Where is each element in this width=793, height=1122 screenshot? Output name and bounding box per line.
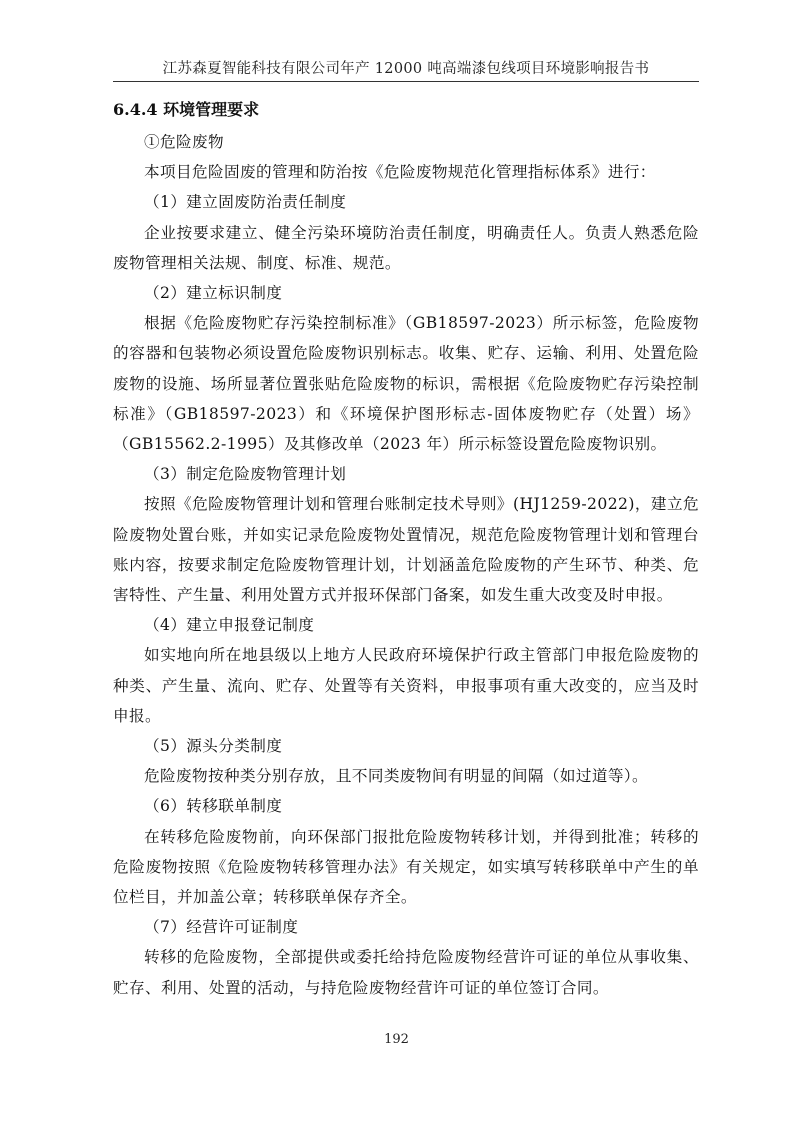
paragraph-source-classification: 危险废物按种类分别存放，且不同类废物间有明显的间隔（如过道等）。: [113, 761, 699, 791]
subheading-transfer-manifest: （6）转移联单制度: [113, 791, 699, 821]
header-divider: [113, 81, 699, 82]
paragraph-labeling-system: 根据《危险废物贮存污染控制标准》（GB18597-2023）所示标签，危险废物的…: [113, 308, 699, 459]
subheading-responsibility-system: （1）建立固废防治责任制度: [113, 187, 699, 217]
paragraph-business-license: 转移的危险废物，全部提供或委托给持危险废物经营许可证的单位从事收集、贮存、利用、…: [113, 942, 699, 1002]
subheading-business-license: （7）经营许可证制度: [113, 912, 699, 942]
subheading-declaration-registration: （4）建立申报登记制度: [113, 610, 699, 640]
subheading-labeling-system: （2）建立标识制度: [113, 278, 699, 308]
running-header: 江苏森夏智能科技有限公司年产 12000 吨高端漆包线项目环境影响报告书: [113, 60, 699, 78]
page-number: 192: [0, 1032, 793, 1047]
subheading-source-classification: （5）源头分类制度: [113, 731, 699, 761]
section-heading: 6.4.4 环境管理要求: [113, 95, 699, 125]
subheading-hazardous-waste: ①危险废物: [113, 127, 699, 157]
paragraph-responsibility-system: 企业按要求建立、健全污染环境防治责任制度，明确责任人。负责人熟悉危险废物管理相关…: [113, 218, 699, 278]
page-content: 6.4.4 环境管理要求 ①危险废物 本项目危险固废的管理和防治按《危险废物规范…: [113, 95, 699, 1003]
paragraph-management-plan: 按照《危险废物管理计划和管理台账制定技术导则》(HJ1259-2022)，建立危…: [113, 489, 699, 610]
paragraph-transfer-manifest: 在转移危险废物前，向环保部门报批危险废物转移计划，并得到批准；转移的危险废物按照…: [113, 822, 699, 913]
paragraph-declaration-registration: 如实地向所在地县级以上地方人民政府环境保护行政主管部门申报危险废物的种类、产生量…: [113, 640, 699, 731]
subheading-management-plan: （3）制定危险废物管理计划: [113, 459, 699, 489]
paragraph-intro: 本项目危险固废的管理和防治按《危险废物规范化管理指标体系》进行：: [113, 157, 699, 187]
